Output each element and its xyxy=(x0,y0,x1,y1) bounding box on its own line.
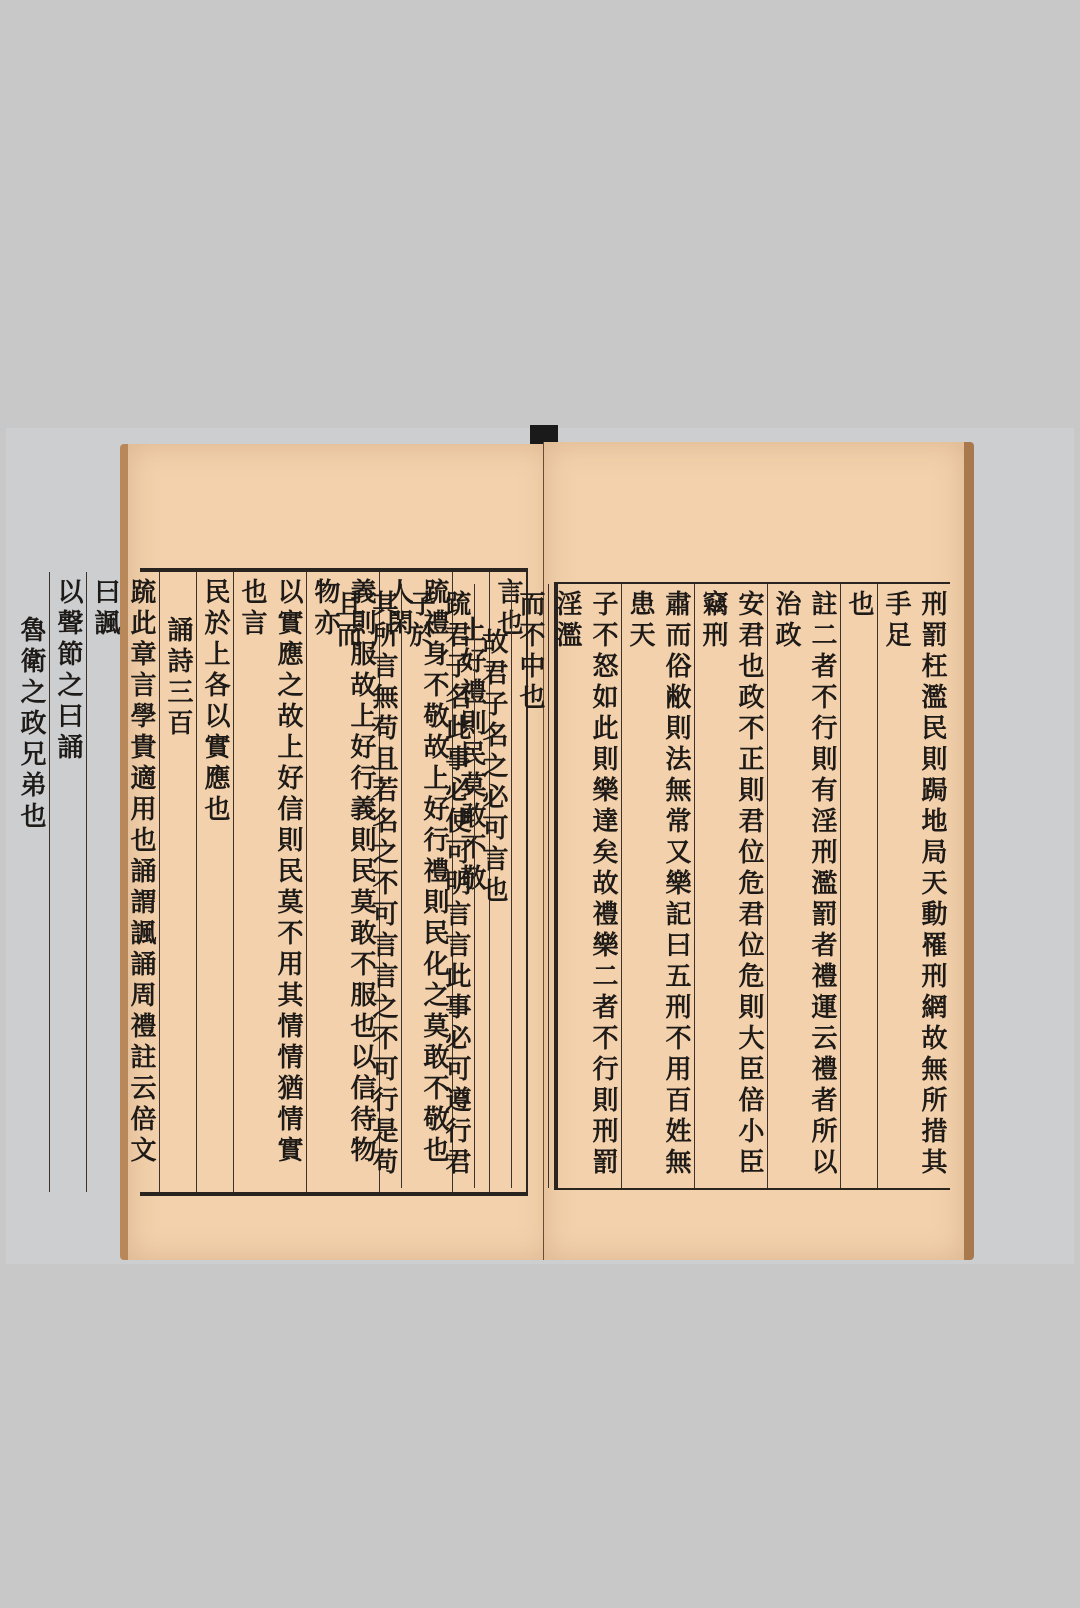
column-text: 而不中也 xyxy=(512,590,548,714)
column-text: 民於上各以實應也 xyxy=(197,578,233,826)
text-column: 以實應之故上好信則民莫不用其情情猶情實也言 xyxy=(233,572,306,1192)
column-text: 以聲節之曰誦 xyxy=(50,578,86,764)
text-column: 民於上各以實應也 xyxy=(196,572,233,1192)
text-column: 安君也政不正則君位危君位危則大臣倍小臣竊刑 xyxy=(694,584,767,1188)
text-column: 䟽此章言學貴適用也誦謂諷誦周禮註云倍文曰諷 xyxy=(86,572,159,1192)
right-text-frame: 刑罰枉濫民則跼地局天動罹刑網故無所措其手足也註二者不行則有淫刑濫罰者禮運云禮者所… xyxy=(554,582,950,1190)
column-text: 肅而俗敝則法無常又樂記曰五刑不用百姓無患天 xyxy=(622,590,694,1188)
text-column: 也 xyxy=(840,584,877,1188)
text-column: 而不中也 xyxy=(511,584,548,1188)
text-column: 註二者不行則有淫刑濫罰者禮運云禮者所以治政 xyxy=(767,584,840,1188)
column-text: 魯衛之政兄弟也 xyxy=(13,616,49,833)
column-text: 故君子名之必可言也 xyxy=(475,628,511,907)
text-column: 肅而俗敝則法無常又樂記曰五刑不用百姓無患天 xyxy=(621,584,694,1188)
column-text: 子不怒如此則樂達矣故禮樂二者不行則刑罰淫濫 xyxy=(549,590,621,1188)
text-column: 子不怒如此則樂達矣故禮樂二者不行則刑罰淫濫 xyxy=(548,584,621,1188)
column-text: 誦詩三百 xyxy=(160,616,196,740)
text-column: 誦詩三百 xyxy=(159,572,196,1192)
column-text: 也 xyxy=(841,590,877,621)
text-column: 其所言無苟且若名之不可言言之不可行是苟且而 xyxy=(329,584,401,1188)
right-columns: 刑罰枉濫民則跼地局天動罹刑網故無所措其手足也註二者不行則有淫刑濫罰者禮運云禮者所… xyxy=(558,584,950,1188)
column-text: 䟽此章言學貴適用也誦謂諷誦周禮註云倍文曰諷 xyxy=(87,578,159,1192)
column-text: 安君也政不正則君位危君位危則大臣倍小臣竊刑 xyxy=(695,590,767,1188)
column-text: 其所言無苟且若名之不可言言之不可行是苟且而 xyxy=(329,590,401,1188)
right-page: 刑罰枉濫民則跼地局天動罹刑網故無所措其手足也註二者不行則有淫刑濫罰者禮運云禮者所… xyxy=(543,442,974,1260)
column-text: 註二者不行則有淫刑濫罰者禮運云禮者所以治政 xyxy=(768,590,840,1188)
text-column: 以聲節之曰誦 xyxy=(49,572,86,1192)
column-text: 刑罰枉濫民則跼地局天動罹刑網故無所措其手足 xyxy=(878,590,950,1188)
column-text: 以實應之故上好信則民莫不用其情情猶情實也言 xyxy=(234,578,306,1192)
text-column: 故君子名之必可言也 xyxy=(474,584,511,1188)
column-text: 䟽君子名此事必使可明言言此事必可遵行君子於 xyxy=(402,590,474,1188)
text-column: 䟽君子名此事必使可明言言此事必可遵行君子於 xyxy=(401,584,474,1188)
text-column: 魯衛之政兄弟也 xyxy=(13,572,49,1192)
text-column: 刑罰枉濫民則跼地局天動罹刑網故無所措其手足 xyxy=(877,584,950,1188)
